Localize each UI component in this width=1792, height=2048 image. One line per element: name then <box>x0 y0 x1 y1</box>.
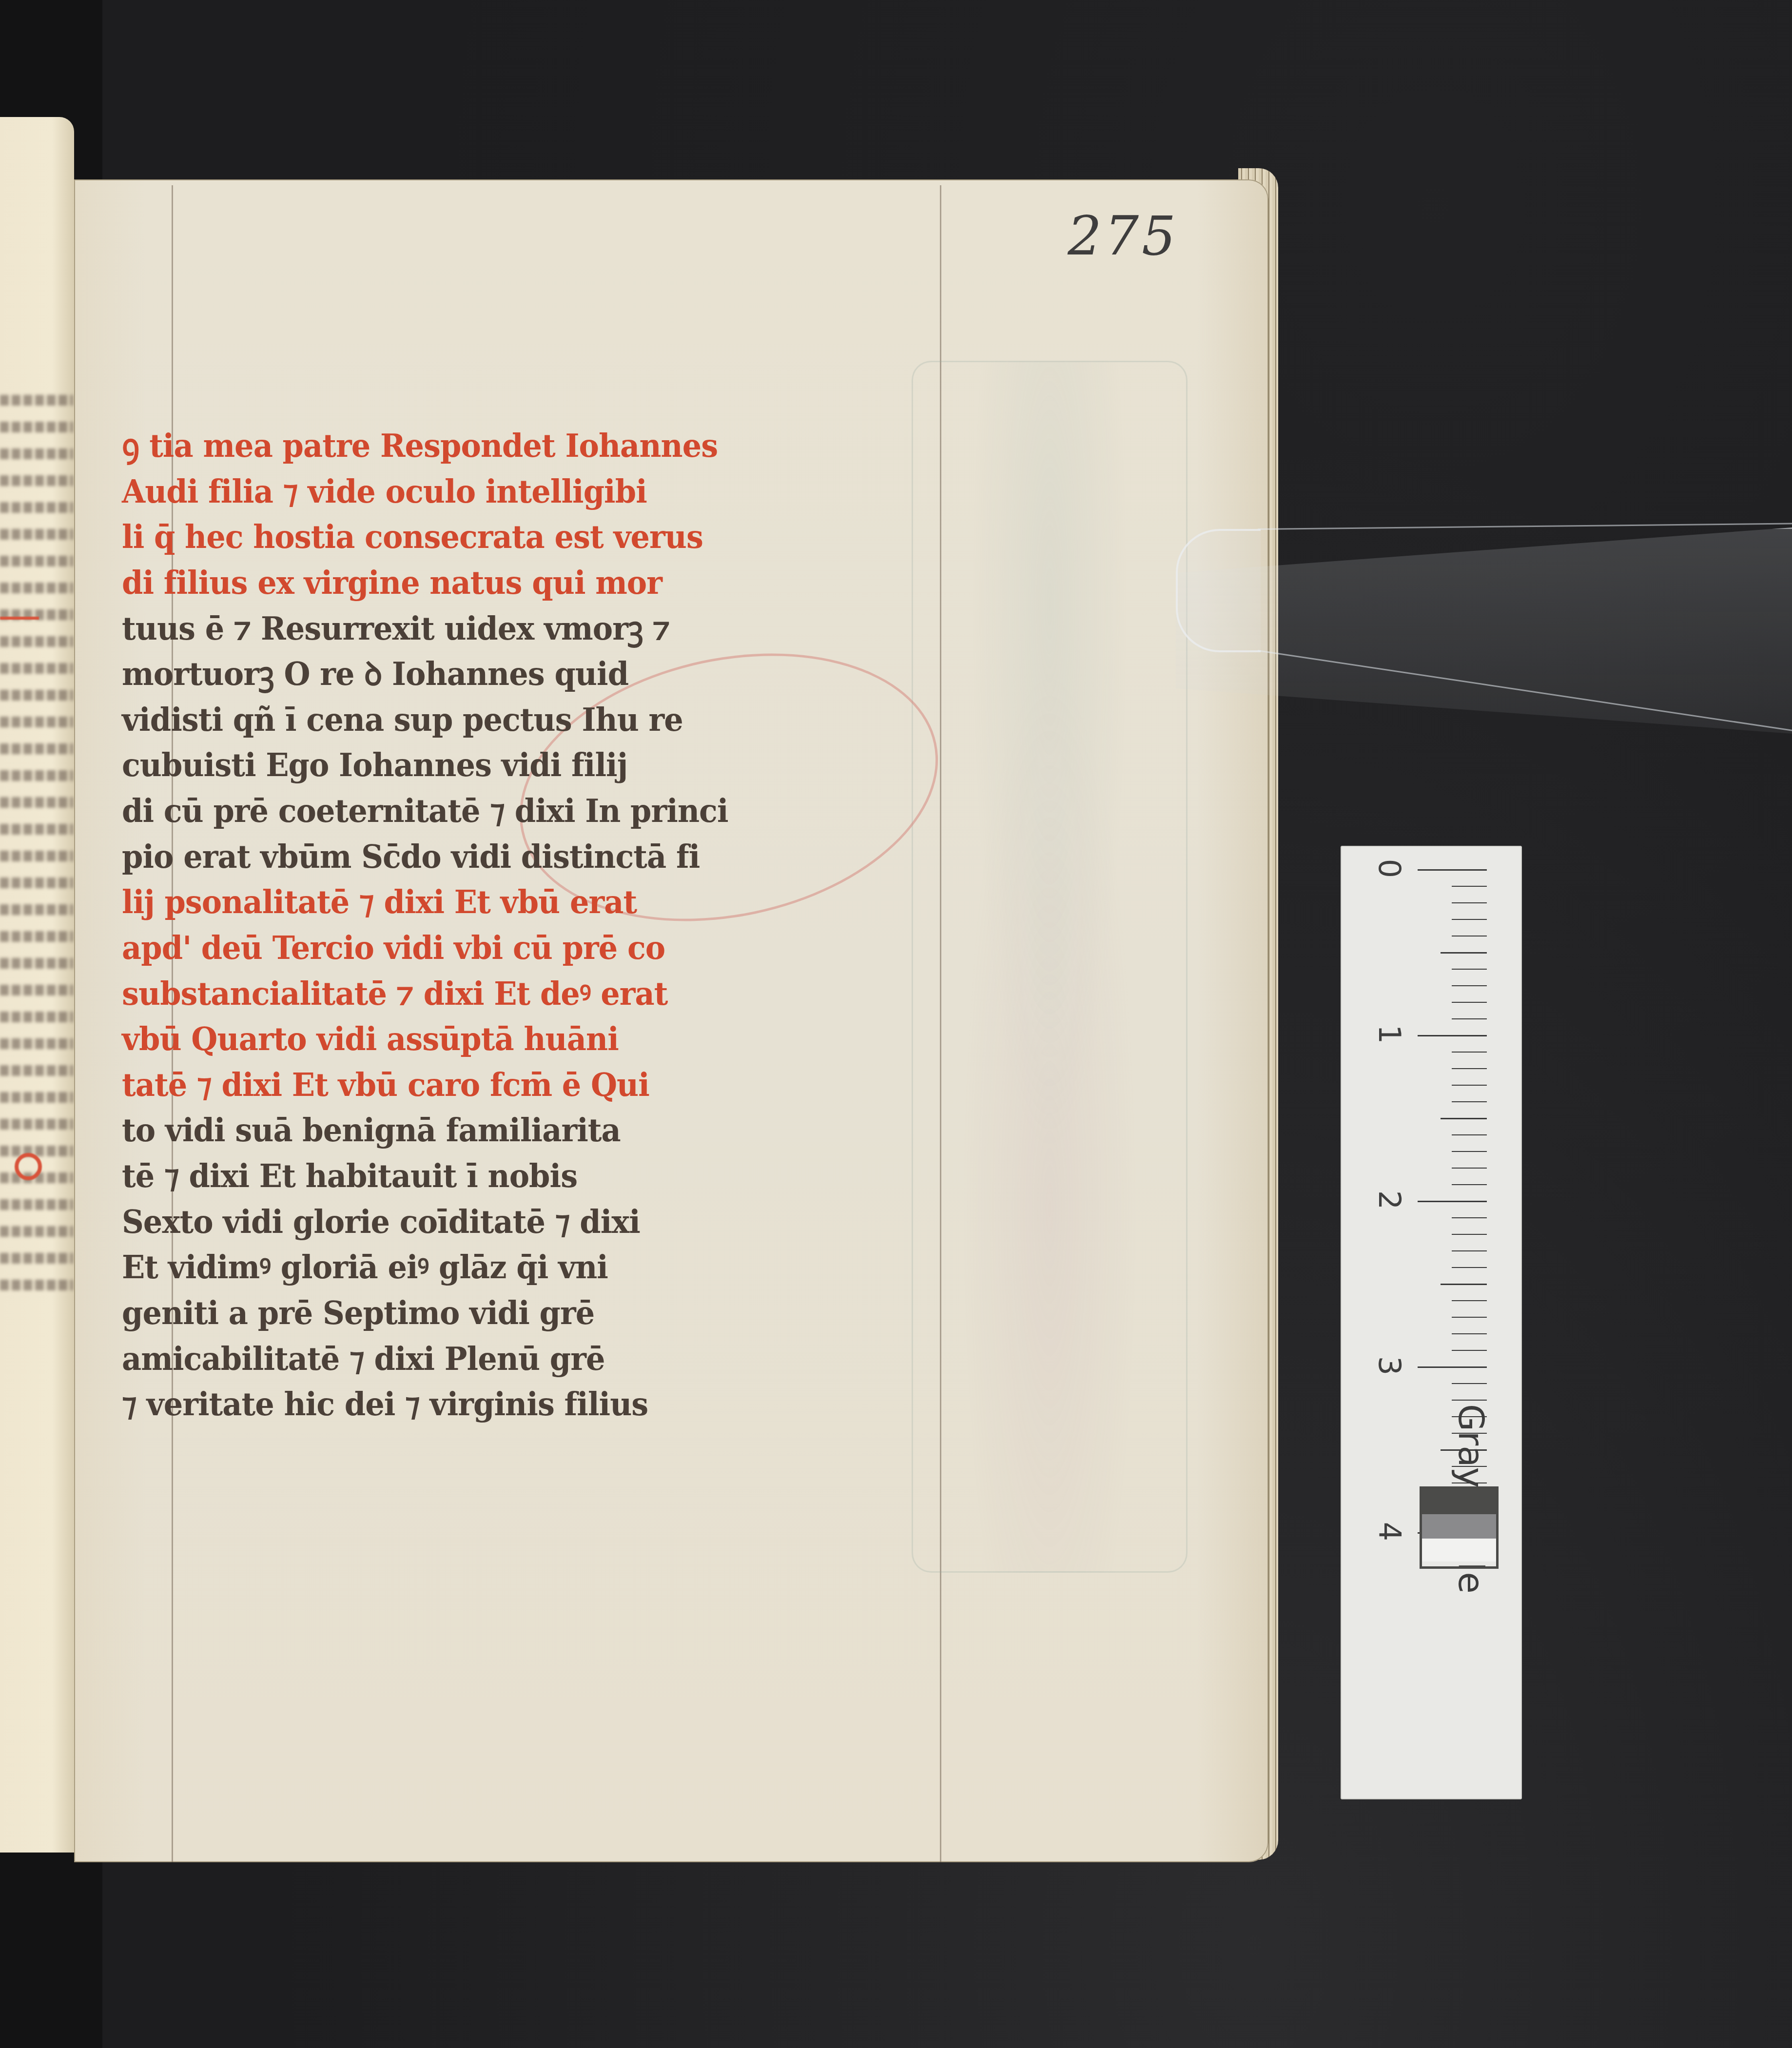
manuscript-line: li q̄ hec hostia consecrata est verus <box>122 514 928 560</box>
ruler-tick <box>1452 1234 1487 1235</box>
manuscript-line: to vidi suā benignā familiarita <box>122 1108 928 1153</box>
ruler-tick <box>1452 902 1487 903</box>
ruler-tick <box>1441 1284 1487 1285</box>
ruler-tick <box>1452 1018 1487 1019</box>
manuscript-line: vbū Quarto vidi assūptā huāni <box>122 1016 928 1062</box>
ruler-tick <box>1452 1267 1487 1268</box>
scale-card <box>1341 846 1522 1799</box>
acrylic-clip-tip[interactable] <box>1176 529 1261 652</box>
manuscript-line: Audi filia ⁊ vide oculo intelligibi <box>122 469 928 515</box>
manuscript-line: tē ⁊ dixi Et habitauit ī nobis <box>122 1153 928 1199</box>
ruler-tick <box>1452 1250 1487 1251</box>
manuscript-line: di filius ex virgine natus qui mor <box>122 560 928 606</box>
manuscript-line: di cū prē coeternitatē ⁊ dixi In princi <box>122 788 928 834</box>
ruler-tick <box>1452 969 1487 970</box>
gray-scale-swatches <box>1420 1486 1499 1569</box>
manuscript-line: geniti a prē Septimo vidi grē <box>122 1290 928 1336</box>
ruler-tick <box>1452 1085 1487 1086</box>
ruler-tick <box>1452 886 1487 887</box>
ruler-number: 4 <box>1372 1517 1407 1546</box>
ruler-tick <box>1441 1118 1487 1119</box>
manuscript-line: Sexto vidi glorie coīditatē ⁊ dixi <box>122 1199 928 1245</box>
manuscript-line: amicabilitatē ⁊ dixi Plenū grē <box>122 1336 928 1382</box>
manuscript-text-block: ꝯ tia mea patre Respondet IohannesAudi f… <box>122 423 980 1427</box>
ruler-tick <box>1452 1217 1487 1218</box>
ruler-tick <box>1452 985 1487 986</box>
ruler-number: 2 <box>1372 1186 1407 1215</box>
manuscript-line: tatē ⁊ dixi Et vbū caro fcm̄ ē Qui <box>122 1062 928 1108</box>
ruler-tick <box>1452 1300 1487 1301</box>
ruler-tick <box>1452 1002 1487 1003</box>
manuscript-line: cubuisti Ego Iohannes vidi filij <box>122 742 928 788</box>
manuscript-line: tuus ē ⁊ Resurrexit uidex vmorꝫ ⁊ <box>122 606 928 652</box>
ruler-tick <box>1452 919 1487 920</box>
ruler-tick <box>1452 1134 1487 1135</box>
swatch-mid <box>1422 1514 1496 1539</box>
manuscript-line: lij psonalitatē ⁊ dixi Et vbū erat <box>122 879 928 925</box>
ruler-tick <box>1452 1333 1487 1334</box>
ruler-tick <box>1418 1201 1487 1202</box>
manuscript-line: ⁊ veritate hic dei ⁊ virginis filius <box>122 1382 928 1427</box>
ruler-tick <box>1452 1383 1487 1384</box>
swatch-light <box>1422 1539 1496 1561</box>
ruler-tick <box>1452 1400 1487 1401</box>
ruler-number: 0 <box>1372 854 1407 883</box>
ruler-tick <box>1452 1151 1487 1152</box>
ruler-tick <box>1441 952 1487 954</box>
manuscript-line: pio erat vbūm Sc̄do vidi distinctā fi <box>122 834 928 880</box>
verso-page-fragment <box>0 117 74 1853</box>
ruler-tick <box>1452 1052 1487 1053</box>
ruler-number: 3 <box>1372 1351 1407 1381</box>
ruler-tick <box>1452 1184 1487 1185</box>
ruler-number: 1 <box>1372 1020 1407 1049</box>
manuscript-line: substancialitatē ⁊ dixi Et deꝰ erat <box>122 971 928 1017</box>
ruler-tick <box>1452 1068 1487 1069</box>
manuscript-line: apd' deū Tercio vidi vbi cū prē co <box>122 925 928 971</box>
ruler-tick <box>1452 1101 1487 1102</box>
swatch-dark <box>1422 1489 1496 1514</box>
ruler-tick <box>1452 936 1487 936</box>
manuscript-line: mortuorꝫ O re ꝺ Iohannes quid <box>122 651 928 697</box>
ruler-tick <box>1418 1035 1487 1036</box>
manuscript-line: ꝯ tia mea patre Respondet Iohannes <box>122 423 928 469</box>
manuscript-line: Et vidimꝰ gloriā eiꝰ glāz q̄i vni <box>122 1245 928 1290</box>
folio-number: 275 <box>1068 205 1179 267</box>
ruler-tick <box>1418 869 1487 871</box>
verso-red-initial <box>15 1153 42 1180</box>
ruler-tick <box>1452 1168 1487 1169</box>
ruler-tick <box>1452 1317 1487 1318</box>
ruler-tick <box>1418 1366 1487 1368</box>
ruler-tick <box>1452 1350 1487 1351</box>
manuscript-line: vidisti qñ ī cena sup pectus Ihu re <box>122 697 928 743</box>
verso-rubric-underline <box>0 617 39 620</box>
